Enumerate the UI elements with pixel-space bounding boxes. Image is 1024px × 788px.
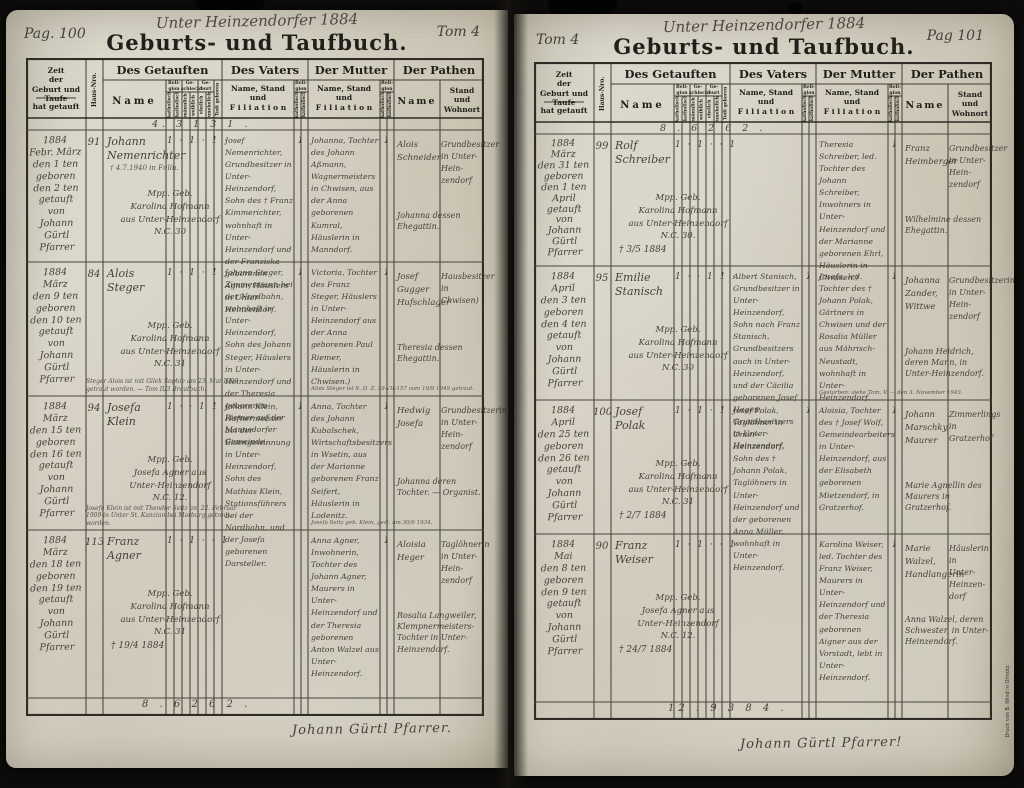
entry-date: 1884 April den 3 ten geboren den 4 ten g… <box>535 271 593 391</box>
entry-father-religion-mark: 1 <box>294 267 307 279</box>
entry-house-number: 90 <box>593 540 611 554</box>
entry-godparent-extra: Johanna dessen Ehegattin. <box>397 210 482 232</box>
entry-mother-religion-mark: 1 <box>380 401 393 413</box>
entry-mother-religion-mark: 1 <box>380 535 393 547</box>
tome-label: Tom 4 <box>437 24 480 40</box>
entry-midwife: Mpp. Geb. Josefa Agner aus Unter-Heinzen… <box>107 454 233 505</box>
header-mutter-religion: Reli- gion <box>887 85 903 96</box>
header-pathen-name: Name <box>902 100 948 112</box>
entry-mother: Anna Agner, Inwohnerin, Tochter des Joha… <box>311 535 379 680</box>
register-entry: 1884 März den 9 ten geboren den 10 ten g… <box>26 262 484 396</box>
entry-midwife: Mpp. Geb. Karolina Hofmann aus Unter-Hei… <box>107 588 233 639</box>
header-katholisch: katholisch <box>674 96 682 122</box>
entry-annotation: Alois Steger ist lt. D. Z. 28-VII-157 vo… <box>311 386 481 393</box>
scan-artifact <box>788 2 802 14</box>
header-des-vaters: Des Vaters <box>730 67 816 81</box>
header-mutter-name-stand: Name, Stand und F i l i a t i o n <box>817 88 887 116</box>
header-name: Name <box>103 96 166 109</box>
tome-label: Tom 4 <box>536 32 579 48</box>
entry-category-marks: 1 · 1 · · 1 <box>675 539 745 551</box>
header-vater-katholisch: katholisch <box>294 92 301 118</box>
entry-mother: Theresia Schreiber, led. Tochter des Joh… <box>819 139 887 284</box>
header-mutter-name-stand: Name, Stand und F i l i a t i o n <box>309 84 379 112</box>
entry-mother-religion-mark: 1 <box>380 135 393 147</box>
header-akatholisch: akatholisch <box>174 92 182 118</box>
entry-house-number: 94 <box>85 402 103 416</box>
header-der-pathen: Der Pathen <box>902 67 992 81</box>
header-mutter-religion: Reli- gion <box>379 81 395 92</box>
header-hat-getauft: hat getauft <box>534 106 594 115</box>
header-haus-nro: Haus-Nro. <box>86 64 103 116</box>
entry-godparent-name: Josef Gugger Hufschlager <box>397 271 439 309</box>
entry-godparent-name: Hedwig Josefa <box>397 405 439 431</box>
entry-godparent-name: Marie Walzel, Handlangerin <box>905 543 947 581</box>
entry-mother-religion-mark: 1 <box>888 271 901 283</box>
entry-father-religion-mark: 1 <box>294 401 307 413</box>
carryover-totals: 8 . 6 2 6 2 . <box>660 123 766 134</box>
entry-marriage-note: Josefa Klein ist mit Theodor Seitz am 22… <box>86 505 244 528</box>
entry-annotation: Josefa Seitz geb. Klein, gest. am 30/6 1… <box>311 520 481 527</box>
entry-godparent-status: Zimmerlings in Gratzerhof <box>949 409 991 445</box>
header-des-getauften: Des Getauften <box>103 63 222 77</box>
entry-godparent-extra: Johann Heidrich, deren Mann, in Unter-He… <box>905 346 990 380</box>
entry-godparent-status: Grundbesitzer in Unter-Hein- zendorf <box>949 143 991 191</box>
register-entry: 1884 März den 31 ten geboren den 1 ten A… <box>534 134 992 266</box>
priest-signature: Johann Gürtl Pfarrer! <box>740 735 903 752</box>
entry-category-marks: 1 · 1 · · 1 <box>167 535 237 547</box>
entry-godparent-name: Aloisia Heger <box>397 539 439 565</box>
entry-death-date: † 19/4 1884 <box>111 640 201 652</box>
register-entry: 1884 Febr. März den 1 ten geboren den 2 … <box>26 130 484 262</box>
header-katholisch: katholisch <box>166 92 174 118</box>
entry-mother-religion-mark: 1 <box>888 139 901 151</box>
entry-category-marks: 1 · 1 · · 1 <box>675 139 745 151</box>
header-vater-religion: Reli- gion <box>801 85 817 96</box>
header-vater-name-stand: Name, Stand und F i l i a t i o n <box>223 84 293 112</box>
entry-later-death-note: † 4.7.1940 in Fulln. <box>110 164 225 173</box>
entry-date: 1884 Febr. März den 1 ten geboren den 2 … <box>27 135 85 255</box>
entry-godparent-name: Alois Schneider <box>397 139 439 165</box>
carryover-totals: 4. 3 1 3 1 . <box>152 119 251 130</box>
header-name: Name <box>611 100 674 113</box>
register-entry: 1884 März den 18 ten geboren den 19 ten … <box>26 530 484 698</box>
header-geburt: Ge- burt <box>197 81 215 92</box>
entry-house-number: 99 <box>593 140 611 154</box>
entry-house-number: 100 <box>593 406 611 420</box>
header-zeit: Zeit der Geburt und Taufe <box>534 70 594 108</box>
page-number-label: Pag. 100 <box>24 26 86 42</box>
page-totals: 8 . 6 2 6 2 . <box>142 699 251 710</box>
header-vater-akatholisch: akatholisch <box>809 96 816 122</box>
header-stand-wohnort: Stand und Wohnort <box>948 90 992 118</box>
entry-midwife: Mpp. Geb. Josefa Agner aus Unter-Heinzen… <box>615 592 741 643</box>
header-todtgeboren: Todt geboren <box>722 85 730 122</box>
header-maennlich: männlich <box>182 92 190 118</box>
entry-godparent-extra: Rosalia Langweiler, Klempnermeisters-Toc… <box>397 610 482 655</box>
entry-mother: Johanna, Tochter des Johann Aßmann, Wagn… <box>311 135 379 256</box>
header-mutter-katholisch: katholisch <box>888 96 895 122</box>
register-entry: 1884 März den 15 ten geboren den 16 ten … <box>26 396 484 530</box>
header-pathen-name: Name <box>394 96 440 108</box>
entry-mother: Josefa, led. Tochter des † Johann Polak,… <box>819 271 887 404</box>
header-vater-katholisch: katholisch <box>802 96 809 122</box>
header-der-mutter: Der Mutter <box>308 63 394 77</box>
entry-godparent-extra: Wilhelmine dessen Ehegattin. <box>905 214 990 236</box>
header-mutter-akatholisch: akatholisch <box>387 92 394 118</box>
header-haus-nro: Haus-Nro. <box>594 68 611 120</box>
header-der-mutter: Der Mutter <box>816 67 902 81</box>
entry-death-date: † 2/7 1884 <box>619 510 709 522</box>
header-maennlich: männlich <box>690 96 698 122</box>
entry-godparent-status: Hausbesitzer in Chwisen) <box>441 271 483 307</box>
header-vater-religion: Reli- gion <box>293 81 309 92</box>
register-entry: 1884 April den 25 ten geboren den 26 ten… <box>534 400 992 534</box>
header-hat-getauft: hat getauft <box>26 102 86 111</box>
header-des-vaters: Des Vaters <box>222 63 308 77</box>
right-page: Unter Heinzendorfer 1884 Geburts- und Ta… <box>514 14 1014 776</box>
entry-father-religion-mark: 1 <box>802 405 815 417</box>
entry-father-religion-mark: 1 <box>294 135 307 147</box>
register-entry: 1884 Mai den 8 ten geboren den 9 ten get… <box>534 534 992 702</box>
header-akatholisch: akatholisch <box>682 96 690 122</box>
header-ehelich: ehelich <box>706 96 714 122</box>
header-unehelich: unehelich <box>206 92 214 118</box>
entry-godparent-name: Johann Marschky, Maurer <box>905 409 947 447</box>
header-zeit: Zeit der Geburt und Taufe <box>26 66 86 104</box>
entry-godparent-extra: Anna Walzel, deren Schwester, in Unter-H… <box>905 614 990 648</box>
printer-imprint: Druck von B. Wind in Olmütz. <box>1005 664 1011 738</box>
entry-godparent-extra: Marie Agnellin des Maurers in Gratzerhof… <box>905 480 990 514</box>
entry-midwife: Mpp. Geb. Karolina Hofmann aus Unter-Hei… <box>615 324 741 375</box>
entry-godparent-status: Grundbesitzerin in Unter-Hein- zendorf <box>949 275 991 323</box>
entry-midwife: Mpp. Geb. Karolina Hofmann aus Unter-Hei… <box>615 192 741 243</box>
header-vater-akatholisch: akatholisch <box>301 92 308 118</box>
header-der-pathen: Der Pathen <box>394 63 484 77</box>
header-weiblich: weiblich <box>190 92 198 118</box>
entry-father-religion-mark: 1 <box>802 271 815 283</box>
entry-marriage-note: Steger Alois ist mit Gilek Sophie am 23.… <box>86 378 244 394</box>
register-entry: 1884 April den 3 ten geboren den 4 ten g… <box>534 266 992 400</box>
entry-midwife: Mpp. Geb. Karolina Hofmann aus Unter-Hei… <box>107 188 233 239</box>
header-mutter-katholisch: katholisch <box>380 92 387 118</box>
entry-mother: Victoria, Tochter des Franz Steger, Häus… <box>311 267 379 388</box>
entry-date: 1884 März den 15 ten geboren den 16 ten … <box>27 401 85 521</box>
entry-godparent-status: Grundbesitzer in Unter-Hein- zendorf <box>441 139 483 187</box>
entry-godparent-status: Grundbesitzerin in Unter-Hein- zendorf <box>441 405 483 453</box>
entry-death-date: † 3/5 1884 <box>619 244 709 256</box>
header-des-getauften: Des Getauften <box>611 67 730 81</box>
entry-house-number: 113 <box>85 536 103 550</box>
scanned-register-spread: Unter Heinzendorfer 1884 Geburts- und Ta… <box>0 0 1024 788</box>
entry-godparent-status: Taglöhnerin in Unter-Hein- zendorf <box>441 539 483 587</box>
entry-date: 1884 April den 25 ten geboren den 26 ten… <box>535 405 593 525</box>
entry-mother: Karolina Weiser, led. Tochter des Franz … <box>819 539 887 684</box>
header-weiblich: weiblich <box>698 96 706 122</box>
entry-date: 1884 März den 9 ten geboren den 10 ten g… <box>27 267 85 387</box>
entry-date: 1884 März den 18 ten geboren den 19 ten … <box>27 535 85 655</box>
header-stand-wohnort: Stand und Wohnort <box>440 86 484 114</box>
entry-death-date: † 24/7 1884 <box>619 644 709 656</box>
left-page: Unter Heinzendorfer 1884 Geburts- und Ta… <box>6 10 508 768</box>
entry-mother-religion-mark: 1 <box>888 405 901 417</box>
entry-date: 1884 März den 31 ten geboren den 1 ten A… <box>535 139 593 260</box>
header-unehelich: unehelich <box>714 96 722 122</box>
entry-midwife: Mpp. Geb. Karolina Hofmann aus Unter-Hei… <box>615 458 741 509</box>
page-totals: 12 . 9 3 8 4 . <box>668 703 788 714</box>
book-gutter-shadow <box>494 0 528 788</box>
register-table: Zeit der Geburt und Taufe hat getauft Ha… <box>26 58 484 716</box>
header-mutter-akatholisch: akatholisch <box>895 96 902 122</box>
entry-mother-religion-mark: 1 <box>888 539 901 551</box>
entry-godparent-extra: Johanna deren Tochter. — Organist. <box>397 476 482 498</box>
entry-godparent-name: Franz Heimberger <box>905 143 947 169</box>
header-ehelich: ehelich <box>198 92 206 118</box>
entry-mother-religion-mark: 1 <box>380 267 393 279</box>
register-table: Zeit der Geburt und Taufe hat getauft Ha… <box>534 62 992 720</box>
entry-mother: Anna, Tochter des Johann Kubalschek, Wir… <box>311 401 379 522</box>
entry-godparent-name: Johanna Zander, Wittwe <box>905 275 947 313</box>
entry-godparent-extra: Theresia dessen Ehegattin. <box>397 342 482 364</box>
header-vater-name-stand: Name, Stand und F i l i a t i o n <box>731 88 801 116</box>
header-todtgeboren: Todt geboren <box>214 81 222 118</box>
entry-godparent-status: Häuslerin in Unter-Heinzen- dorf <box>949 543 991 603</box>
header-geburt: Ge- burt <box>705 85 723 96</box>
entry-annotation: Gestorben: siehe Tom. V. — den 3. Novemb… <box>819 390 989 397</box>
entry-date: 1884 Mai den 8 ten geboren den 9 ten get… <box>535 539 593 659</box>
entry-house-number: 91 <box>85 136 103 150</box>
entry-house-number: 84 <box>85 268 103 282</box>
entry-house-number: 95 <box>593 272 611 286</box>
priest-signature: Johann Gürtl Pfarrer. <box>292 721 452 738</box>
entry-mother: Aloisia, Tochter des † Josef Wolf, Gemei… <box>819 405 887 514</box>
entry-midwife: Mpp. Geb. Karolina Hofmann aus Unter-Hei… <box>107 320 233 371</box>
page-number-label: Pag 101 <box>927 28 984 44</box>
scan-artifact <box>602 0 618 10</box>
